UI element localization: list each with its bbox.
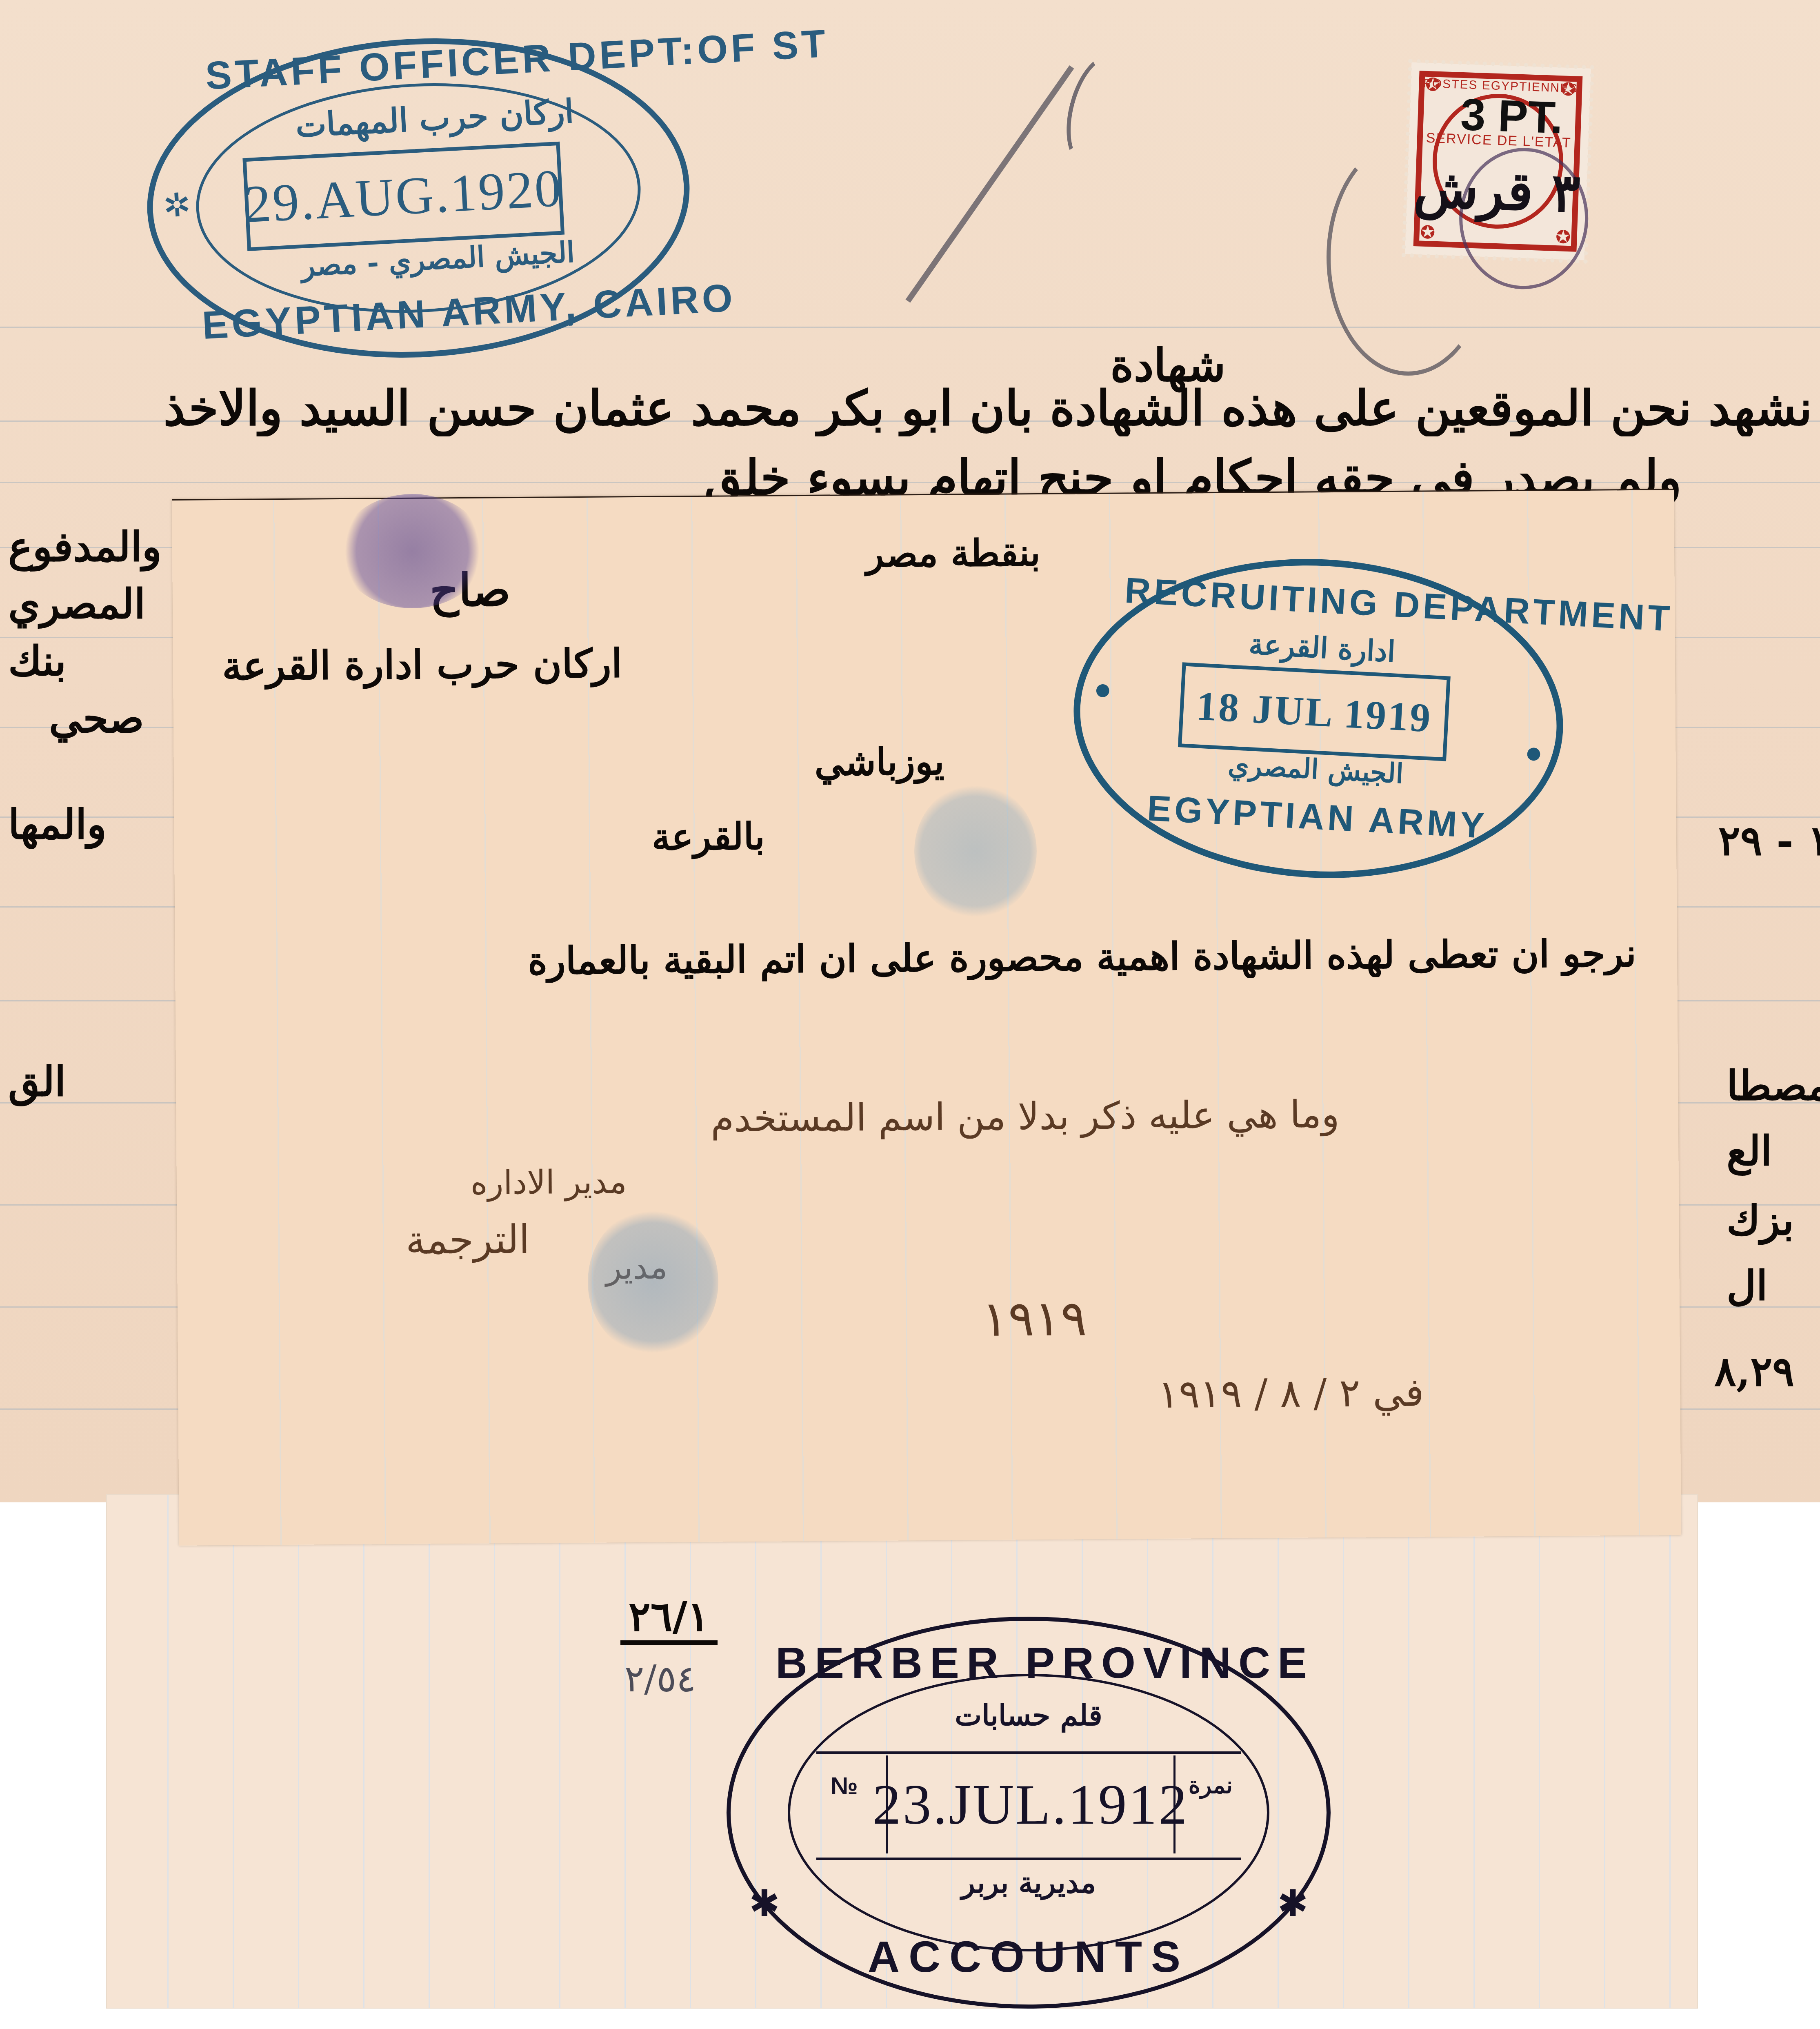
letter-date: في ٢ / ٨ / ١٩١٩ bbox=[1158, 1370, 1424, 1417]
letter-address: بنقطة مصر bbox=[866, 531, 1041, 576]
fragment-left: والمها bbox=[8, 800, 107, 848]
stamp-date: 23.JUL.1912 bbox=[886, 1755, 1176, 1853]
stamp-date: 18 JUL 1919 bbox=[1178, 662, 1451, 761]
fragment-left: بنك bbox=[8, 637, 66, 685]
number-label-arabic: نمرة bbox=[1189, 1772, 1233, 1799]
letter-rank: يوزباشي bbox=[814, 740, 944, 784]
asterisk-ornament-icon: ✱ bbox=[749, 1882, 780, 1925]
number-label: № bbox=[831, 1772, 858, 1800]
stamp-date: 29.AUG.1920 bbox=[242, 142, 564, 251]
stamp-surcharge: 3 PT. bbox=[1433, 88, 1590, 145]
dot-ornament-icon: • bbox=[1090, 670, 1116, 714]
stamp-surcharge-arabic: ٣ قرش bbox=[1406, 156, 1588, 225]
fragment-right: بزك bbox=[1727, 1196, 1794, 1244]
letter-body-1: نرجو ان تعطى لهذه الشهادة اهمية محصورة ع… bbox=[298, 931, 1637, 985]
reference-number-top: ٢٦/١ bbox=[620, 1592, 718, 1645]
reference-number-bottom: ٢/٥٤ bbox=[624, 1657, 696, 1700]
stamp-top-text: BERBER PROVINCE bbox=[776, 1637, 1282, 1688]
staff-officer-cancellation-stamp: STAFF OFFICER DEPT:OF ST اركان حرب المهم… bbox=[139, 25, 698, 372]
fragment-left: المصري bbox=[8, 580, 145, 628]
certificate-line-1: نشهد نحن الموقعين على هذه الشهادة بان اب… bbox=[8, 380, 1812, 436]
asterisk-ornament-icon: ✱ bbox=[1278, 1882, 1308, 1925]
letter-signoff: مدير الاداره bbox=[470, 1163, 627, 1202]
stamp-rule bbox=[816, 1858, 1241, 1860]
star-corner-icon: ✪ bbox=[1415, 220, 1440, 245]
stamp-arabic-top: قلم حسابات bbox=[882, 1698, 1176, 1732]
stamp-rule bbox=[816, 1751, 1241, 1754]
letter-body-2: وما هي عليه ذكر بدلا من اسم المستخدم bbox=[441, 1092, 1340, 1142]
fragment-left: الق bbox=[8, 1057, 66, 1106]
letter-place: بالقرعة bbox=[652, 815, 765, 859]
letter-office: اركان حرب ادارة القرعة bbox=[222, 640, 622, 689]
stamp-arabic-bottom: مديرية بربر bbox=[882, 1866, 1176, 1900]
fragment-right: ٨,٢٩ bbox=[1714, 1347, 1794, 1395]
fragment-left: صحي bbox=[49, 694, 144, 742]
letter-signature: الترجمة bbox=[405, 1217, 530, 1263]
pencil-slash bbox=[905, 65, 1074, 303]
blue-seal-impression bbox=[588, 1208, 718, 1355]
fragment-right: ١٩ - ٢٩ bbox=[1718, 816, 1820, 865]
purple-seal-impression bbox=[339, 494, 486, 608]
star-ornament-icon: ✲ bbox=[162, 185, 192, 225]
letter-year: ١٩١٩ bbox=[982, 1290, 1087, 1348]
fragment-left: والمدفوع bbox=[8, 523, 162, 571]
stamp-bottom-text: ACCOUNTS bbox=[816, 1931, 1241, 1982]
postage-stamp: ✪ ✪ ✪ ✪ POSTES EGYPTIENNES SERVICE DE L'… bbox=[1405, 62, 1591, 260]
berber-province-accounts-stamp: BERBER PROVINCE قلم حسابات № نمرة 23.JUL… bbox=[727, 1617, 1331, 2009]
fragment-right: الع bbox=[1727, 1127, 1772, 1175]
document-collage: شهادة نشهد نحن الموقعين على هذه الشهادة … bbox=[0, 0, 1820, 2029]
dot-ornament-icon: • bbox=[1521, 733, 1547, 777]
blue-seal-impression bbox=[914, 784, 1037, 919]
fragment-right: ال bbox=[1727, 1261, 1767, 1310]
fragment-right: مصطا bbox=[1727, 1061, 1820, 1110]
